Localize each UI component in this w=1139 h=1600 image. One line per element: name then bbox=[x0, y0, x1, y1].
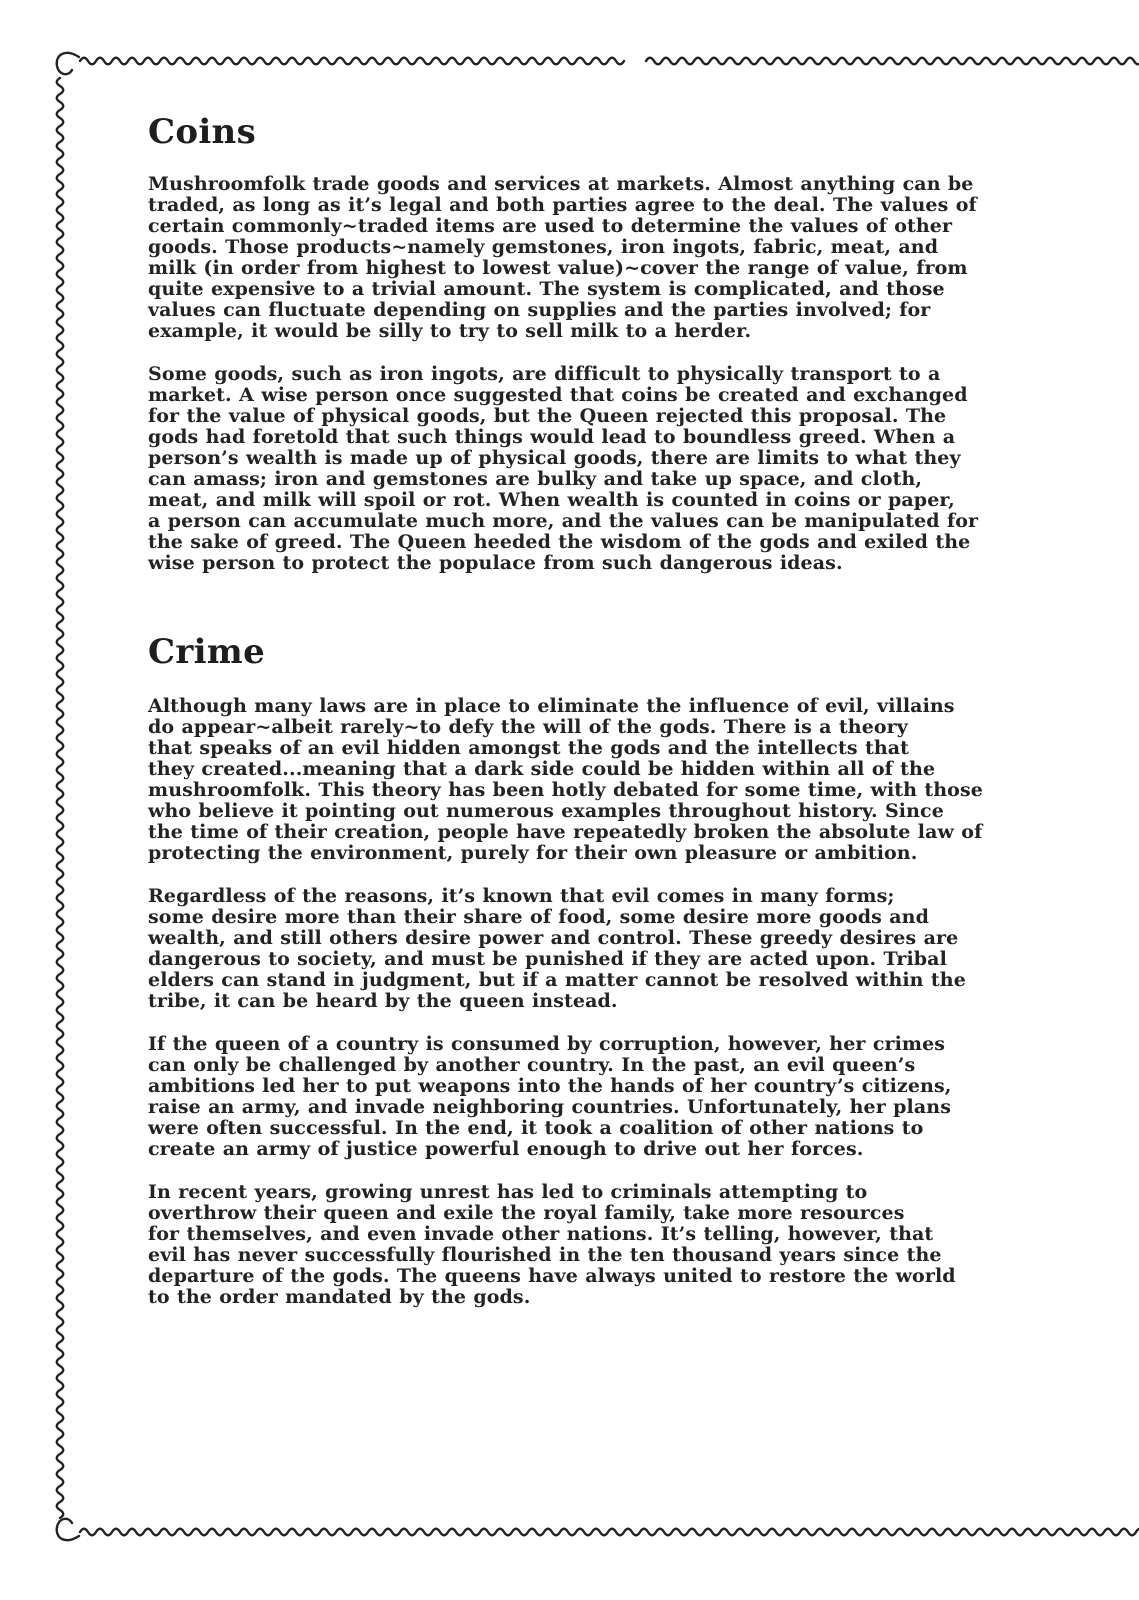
coins-paragraph-2: Some goods, such as iron ingots, are dif… bbox=[148, 364, 998, 574]
crime-paragraph-2: Regardless of the reasons, it’s known th… bbox=[148, 886, 998, 1012]
section-coins: Coins Mushroomfolk trade goods and servi… bbox=[148, 112, 998, 574]
border-curl-top-left bbox=[57, 53, 79, 74]
border-bottom-line bbox=[80, 1529, 1139, 1536]
crime-paragraph-4: In recent years, growing unrest has led … bbox=[148, 1182, 998, 1308]
border-top-line bbox=[80, 58, 624, 65]
border-curl-bottom-left bbox=[57, 1519, 79, 1540]
crime-paragraph-3: If the queen of a country is consumed by… bbox=[148, 1034, 998, 1160]
border-left-line bbox=[57, 78, 64, 1518]
page-content: Coins Mushroomfolk trade goods and servi… bbox=[148, 112, 998, 1330]
border-top-line bbox=[646, 58, 1139, 65]
coins-heading: Coins bbox=[148, 112, 998, 152]
crime-heading: Crime bbox=[148, 632, 998, 672]
book-page: Coins Mushroomfolk trade goods and servi… bbox=[0, 0, 1139, 1600]
coins-paragraph-1: Mushroomfolk trade goods and services at… bbox=[148, 174, 998, 342]
crime-paragraph-1: Although many laws are in place to elimi… bbox=[148, 696, 998, 864]
section-crime: Crime Although many laws are in place to… bbox=[148, 632, 998, 1308]
